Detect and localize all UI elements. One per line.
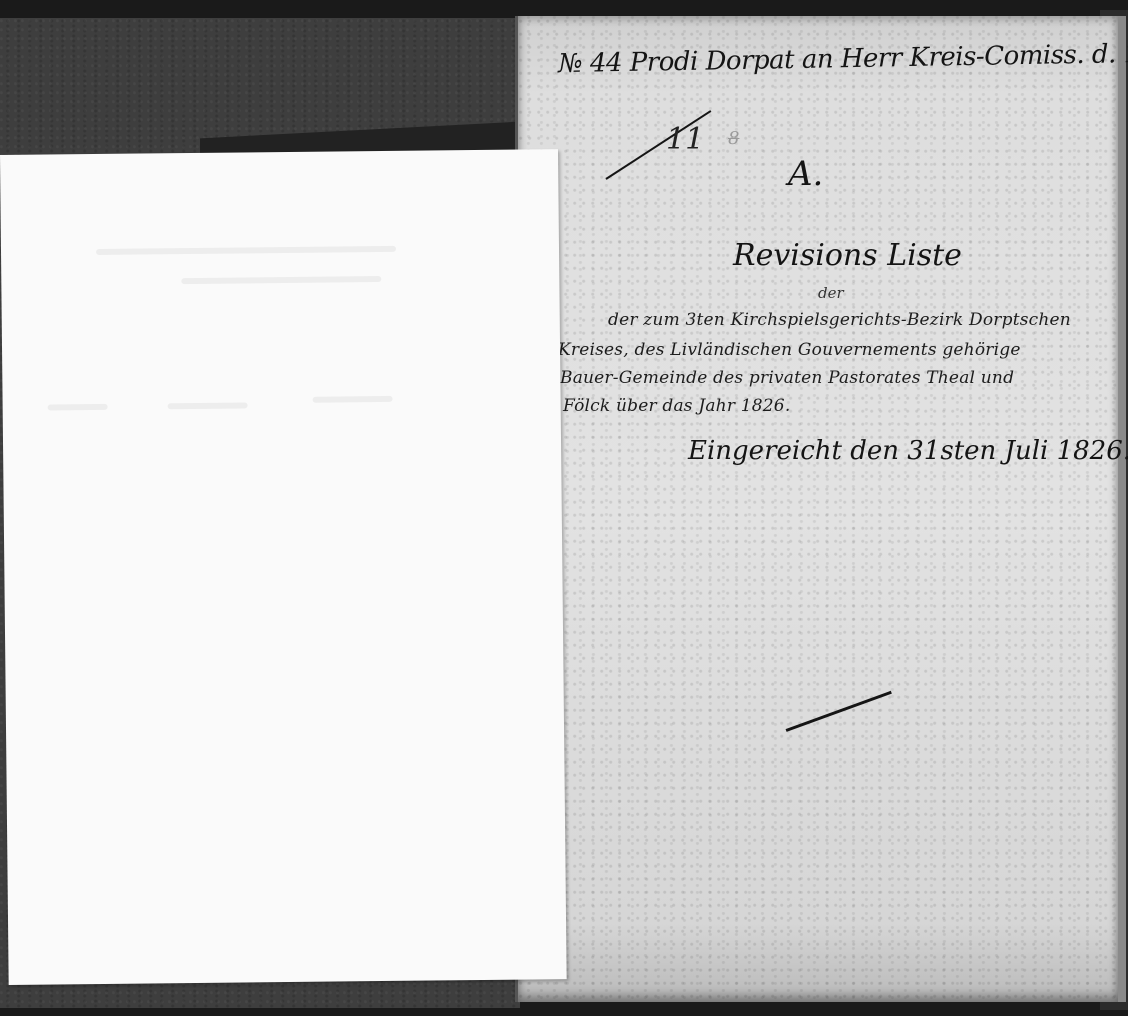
bleed-through-mark	[181, 276, 381, 284]
bleed-through-mark	[96, 246, 396, 255]
folio-number: 11	[666, 122, 704, 157]
scanned-page-view: № 44 Prodi Dorpat an Herr Kreis-Comiss. …	[0, 0, 1128, 1016]
manuscript-page: № 44 Prodi Dorpat an Herr Kreis-Comiss. …	[515, 16, 1126, 1002]
blank-cover-sheet	[0, 149, 567, 985]
body-line: der zum 3ten Kirchspielsgerichts-Bezirk …	[608, 310, 1071, 330]
document-subtitle: der	[818, 284, 844, 302]
struck-folio-number: 8	[728, 128, 739, 149]
bleed-through-mark	[168, 402, 248, 409]
body-line: Kreises, des Livländischen Gouvernements…	[558, 340, 1021, 360]
section-letter: A.	[788, 154, 823, 194]
bleed-through-mark	[48, 404, 108, 411]
body-line: Bauer-Gemeinde des privaten Pastorates T…	[560, 368, 1014, 388]
document-title: Revisions Liste	[733, 238, 962, 273]
submission-date: Eingereicht den 31sten Juli 1826.	[688, 436, 1128, 466]
closing-pen-stroke	[786, 691, 892, 732]
header-annotation: № 44 Prodi Dorpat an Herr Kreis-Comiss. …	[558, 35, 1128, 79]
bleed-through-mark	[313, 396, 393, 403]
body-line: Fölck über das Jahr 1826.	[563, 396, 790, 416]
